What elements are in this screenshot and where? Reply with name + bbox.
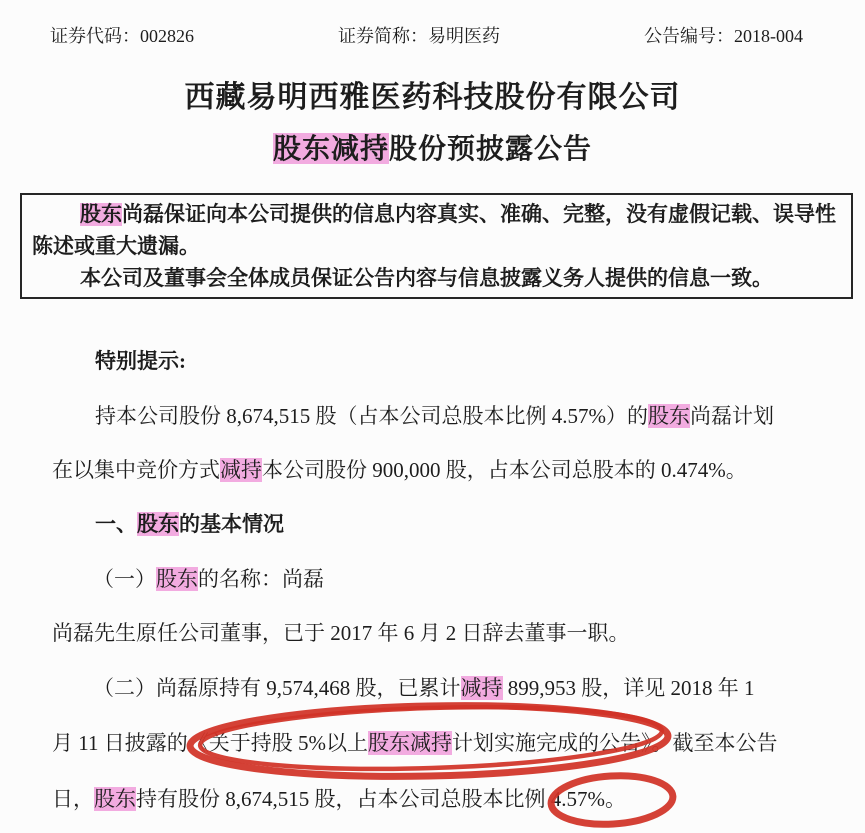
statement-line-1: 股东尚磊保证向本公司提供的信息内容真实、准确、完整，没有虚假记载、误导性 [32, 199, 841, 231]
special-note-heading: 特别提示: [95, 348, 186, 374]
announcement-subtitle: 股东减持股份预披露公告 [0, 127, 865, 167]
pink-highlight: 减持 [220, 458, 262, 482]
item-2-line-1: （二）尚磊原持有 9,574,468 股，已累计减持 899,953 股，详见 … [93, 675, 755, 701]
summary-line-2: 在以集中竞价方式减持本公司股份 900,000 股，占本公司总股本的 0.474… [52, 457, 747, 483]
pink-highlight: 股东 [648, 404, 690, 428]
announcement-document: 证券代码：002826 证券简称：易明医药 公告编号：2018-004 西藏易明… [0, 0, 865, 833]
pink-highlight: 股东减持 [273, 133, 389, 164]
pink-highlight: 股东 [137, 512, 179, 536]
pink-highlight: 股东 [80, 203, 122, 226]
announcement-number: 公告编号：2018-004 [644, 22, 803, 48]
item-1-detail: 尚磊先生原任公司董事，已于 2017 年 6 月 2 日辞去董事一职。 [52, 620, 630, 646]
item-1-shareholder-name: （一）股东的名称：尚磊 [93, 566, 324, 592]
pink-highlight: 股东减持 [368, 731, 452, 755]
statement-line-2: 陈述或重大遗漏。 [32, 231, 841, 263]
pink-highlight: 股东 [156, 567, 198, 591]
statement-box: 股东尚磊保证向本公司提供的信息内容真实、准确、完整，没有虚假记载、误导性 陈述或… [20, 193, 853, 299]
item-2-line-2: 月 11 日披露的《关于持股 5%以上股东减持计划实施完成的公告》。截至本公告 [52, 730, 777, 756]
company-name-title: 西藏易明西雅医药科技股份有限公司 [0, 72, 865, 116]
summary-line-1: 持本公司股份 8,674,515 股（占本公司总股本比例 4.57%）的股东尚磊… [95, 403, 774, 429]
stock-code: 证券代码：002826 [50, 22, 194, 48]
stock-short-name: 证券简称：易明医药 [338, 22, 500, 48]
statement-line-3: 本公司及董事会全体成员保证公告内容与信息披露义务人提供的信息一致。 [32, 263, 841, 295]
securities-info-row: 证券代码：002826 证券简称：易明医药 公告编号：2018-004 [0, 22, 865, 48]
pink-highlight: 股东 [94, 787, 136, 811]
pink-highlight: 减持 [461, 676, 503, 700]
item-2-line-3: 日，股东持有股份 8,674,515 股，占本公司总股本比例 4.57%。 [52, 786, 626, 812]
section-1-heading: 一、股东的基本情况 [95, 511, 284, 537]
